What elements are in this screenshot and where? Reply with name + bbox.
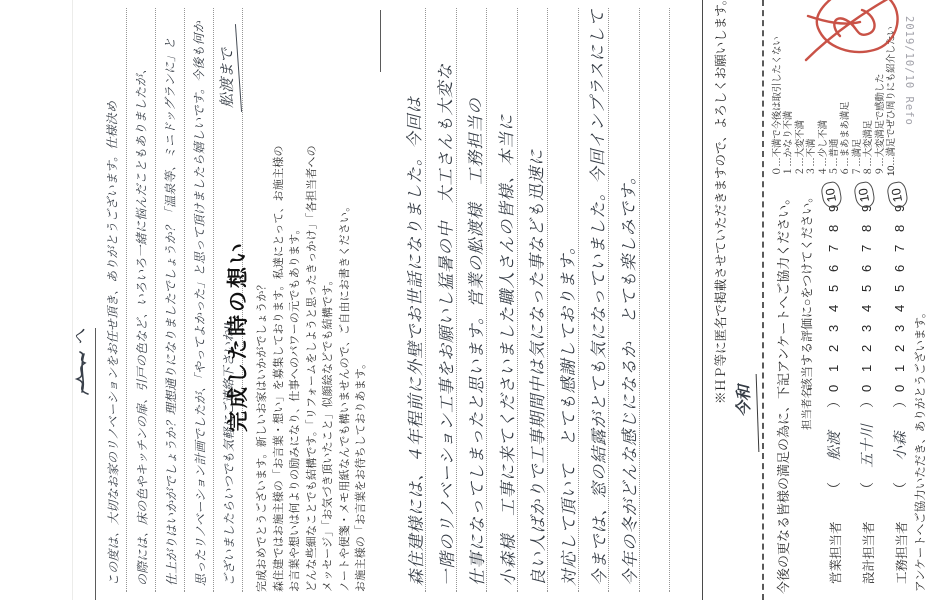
section-title: 完成した時の想い — [222, 240, 252, 432]
score-digit: 6 — [826, 265, 841, 272]
close-paren: ） — [857, 394, 877, 408]
score-digit: 8 — [826, 225, 841, 232]
score-digit: 1 — [892, 365, 907, 372]
intro-line: 森住建ではお施主様の「お言葉・想い」を募集しております。私達にとって、お施主様の — [270, 145, 286, 592]
staff-rule-line — [184, 8, 185, 592]
customer-message-line: 良い人ばかりで工事期間中は気になった事なども迅速に — [523, 148, 549, 586]
score-digit: 8 — [892, 225, 907, 232]
handwritten-underline — [756, 374, 760, 452]
thanks-line: アンケートへご協力いただき、ありがとうございます。 — [912, 307, 928, 592]
score-digit: 5 — [892, 285, 907, 292]
score-digit: 7 — [859, 245, 874, 252]
score-digit: 3 — [826, 325, 841, 332]
staff-note-line: の際には、床の色やキッチンの扉、引戸の色など、いろいろ一緒に悩んだこともありまし… — [132, 62, 151, 586]
close-paren: ） — [890, 394, 910, 408]
score-digit: 7 — [826, 245, 841, 252]
score-digit: 5 — [826, 285, 841, 292]
score-digit: 4 — [859, 305, 874, 312]
score-digit: 0 — [892, 385, 907, 392]
staff-rule-line — [126, 8, 127, 592]
decorative-line — [380, 10, 381, 72]
dashed-separator — [762, 0, 764, 600]
staff-signature: 舩渡まで — [216, 48, 237, 108]
customer-message-line: 一階のリノベーション工事をお願いし猛暑の中 大工さんも大変な — [431, 63, 457, 586]
column-header-scale: 該当する評価に○をつけてください。 — [798, 191, 815, 390]
document-page: へ この度は、大切なお家のリノベーションをお任せ頂き、ありがとうございます。仕様… — [0, 0, 940, 600]
score-digit: 6 — [859, 265, 874, 272]
close-paren: ） — [824, 394, 844, 408]
customer-message-line: 小森様 工事に来てくださいました職人さんの皆様、本当に — [492, 113, 518, 586]
intro-line: お言葉や想いは何よりの励みになり、仕事へのパワーの元でもあります。 — [286, 223, 302, 592]
open-paren: （ — [890, 482, 910, 496]
staff-note-line: 仕上がりはいかがでしょうか？理想通りになりましたでしょうか？「温泉等、ミニドッグ… — [161, 37, 180, 586]
intro-line: メッセージ」「お気づき頂いたこと」似顔絵などでも結構です。 — [319, 274, 335, 592]
customer-message-line: 仕事になってしまったと思います。営業の舩渡様 工務担当の — [462, 97, 488, 586]
answer-rule-line — [669, 8, 670, 592]
intro-line: ノートや便箋・メモ用紙なんでも構いませんので、ご自由にお書きください。 — [336, 201, 352, 592]
score-digit: 2 — [892, 345, 907, 352]
customer-message-line: 今年の冬がどんな感じになるか とても楽しみです。 — [615, 167, 641, 586]
hp-anonymous-note: ※ＨＰ等に匿名で掲載させていただきますので、よろしくお願いします。 — [711, 0, 729, 404]
rating-row-label: 工務担当者 — [892, 521, 910, 584]
column-header-name: 担当者名 — [799, 388, 814, 430]
score-digit: 5 — [859, 285, 874, 292]
intro-line: お施主様の「お言葉をお待ちしておりあます。 — [352, 358, 368, 592]
addressee-line: へ — [66, 329, 92, 396]
staff-note-line: 思ったリノベーション計画でしたが、「やってよかった」と思って頂けましたら嬉しいで… — [190, 21, 209, 586]
staff-rule-line — [213, 8, 214, 592]
rating-row-label: 営業担当者 — [826, 521, 844, 584]
score-digit: 0 — [859, 385, 874, 392]
paper-edge-line — [72, 0, 73, 600]
scribbled-name — [70, 350, 94, 396]
rating-row: 営業担当者（舩渡）012345678910 — [820, 0, 850, 600]
handwritten-staff-name: 小森 — [889, 410, 910, 482]
staff-rule-line — [155, 8, 156, 592]
open-paren: （ — [824, 482, 844, 496]
scanned-survey-sheet: へ この度は、大切なお家のリノベーションをお任せ頂き、ありがとうございます。仕様… — [0, 0, 940, 600]
handwritten-staff-name: 舩渡 — [823, 410, 844, 482]
score-digit: 6 — [892, 265, 907, 272]
handwritten-annotation: 今和 — [731, 385, 754, 417]
score-digit: 2 — [826, 345, 841, 352]
addressee-suffix: へ — [71, 329, 90, 346]
survey-request-line: 今後の更なる皆様の満足の為に、下記アンケートへご協力ください。 — [773, 192, 792, 594]
score-digit: 4 — [892, 305, 907, 312]
intro-line: 完成おめでとうございます。新しいお家はいかがでしょうか？ — [253, 279, 269, 592]
addressee-underline — [95, 328, 96, 600]
score-digit: 3 — [859, 325, 874, 332]
handwritten-staff-name: 五十川 — [856, 410, 877, 482]
intro-line: どんな些細なことでも結構です。「リフォームをしようと思ったきっかけ」「各担当者へ… — [303, 145, 319, 592]
customer-message-line: 今までは、窓の結露がとても気になっていました。今回インプラスにして — [584, 9, 611, 586]
score-digit: 4 — [826, 305, 841, 312]
red-pen-mark — [798, 0, 916, 66]
score-digit: 1 — [826, 365, 841, 372]
score-digit: 7 — [892, 245, 907, 252]
score-digit: 0 — [826, 385, 841, 392]
customer-message-line: 対応して頂いて とても感謝しております。 — [554, 237, 580, 586]
score-digit: 8 — [859, 225, 874, 232]
score-digit: 2 — [859, 345, 874, 352]
customer-message-line: 森住建様には、４年程前に外壁でお世話になりました。今回は — [401, 96, 427, 586]
section-rule — [702, 0, 703, 600]
score-digit: 1 — [859, 365, 874, 372]
score-digit: 3 — [892, 325, 907, 332]
rating-row-label: 設計担当者 — [859, 521, 877, 584]
open-paren: （ — [857, 482, 877, 496]
staff-note-line: この度は、大切なお家のリノベーションをお任せ頂き、ありがとうございます。仕様決め — [103, 101, 122, 586]
